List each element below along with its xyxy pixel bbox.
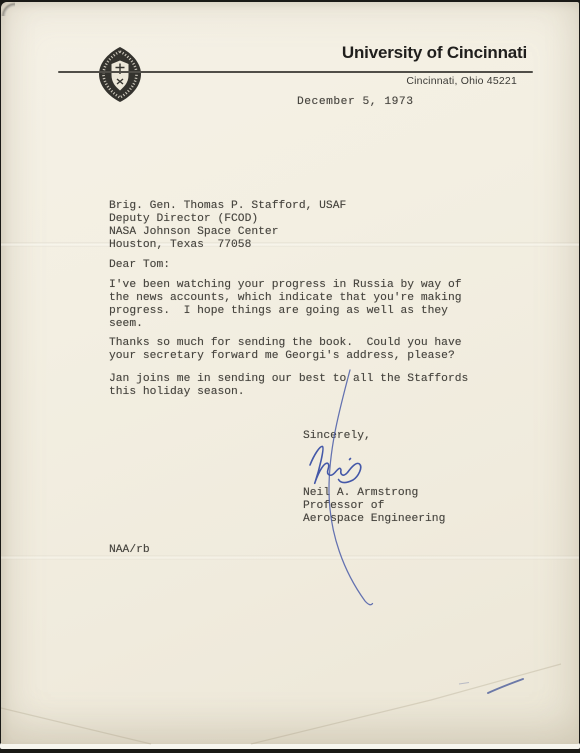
recipient-line: Houston, Texas 77058 [109, 239, 346, 252]
paper-crease [1, 555, 579, 560]
letterhead-rule [58, 71, 533, 73]
letterhead-address: Cincinnati, Ohio 45221 [406, 76, 517, 87]
recipient-line: Brig. Gen. Thomas P. Stafford, USAF [109, 200, 346, 213]
bottom-creases [1, 664, 561, 744]
body-paragraph-3: Jan joins me in sending our best to all … [109, 373, 468, 399]
body-paragraph-1: I've been watching your progress in Russ… [109, 279, 462, 331]
signer-title-line: Professor of [303, 500, 445, 513]
recipient-line: NASA Johnson Space Center [109, 226, 346, 239]
signer-block: Neil A. ArmstrongProfessor ofAerospace E… [303, 487, 445, 526]
letter-page: University of Cincinnati Cincinnati, Ohi… [1, 2, 579, 744]
salutation: Dear Tom: [109, 259, 170, 272]
closing: Sincerely, [303, 430, 371, 443]
signer-name: Neil A. Armstrong [303, 487, 445, 500]
faint-pen-dot [459, 683, 469, 685]
letterhead-university-name: University of Cincinnati [342, 44, 527, 61]
letter-date: December 5, 1973 [297, 96, 413, 109]
recipient-line: Deputy Director (FCOD) [109, 213, 346, 226]
recipient-address-block: Brig. Gen. Thomas P. Stafford, USAFDeput… [109, 200, 346, 252]
reference-initials: NAA/rb [109, 544, 150, 557]
body-paragraph-2: Thanks so much for sending the book. Cou… [109, 337, 462, 363]
short-pen-dash [488, 679, 523, 693]
page-corner-bend [1, 2, 15, 16]
signer-title-line: Aerospace Engineering [303, 513, 445, 526]
signature-neil-handwriting [310, 446, 361, 483]
university-of-cincinnati-seal-icon [97, 46, 143, 103]
